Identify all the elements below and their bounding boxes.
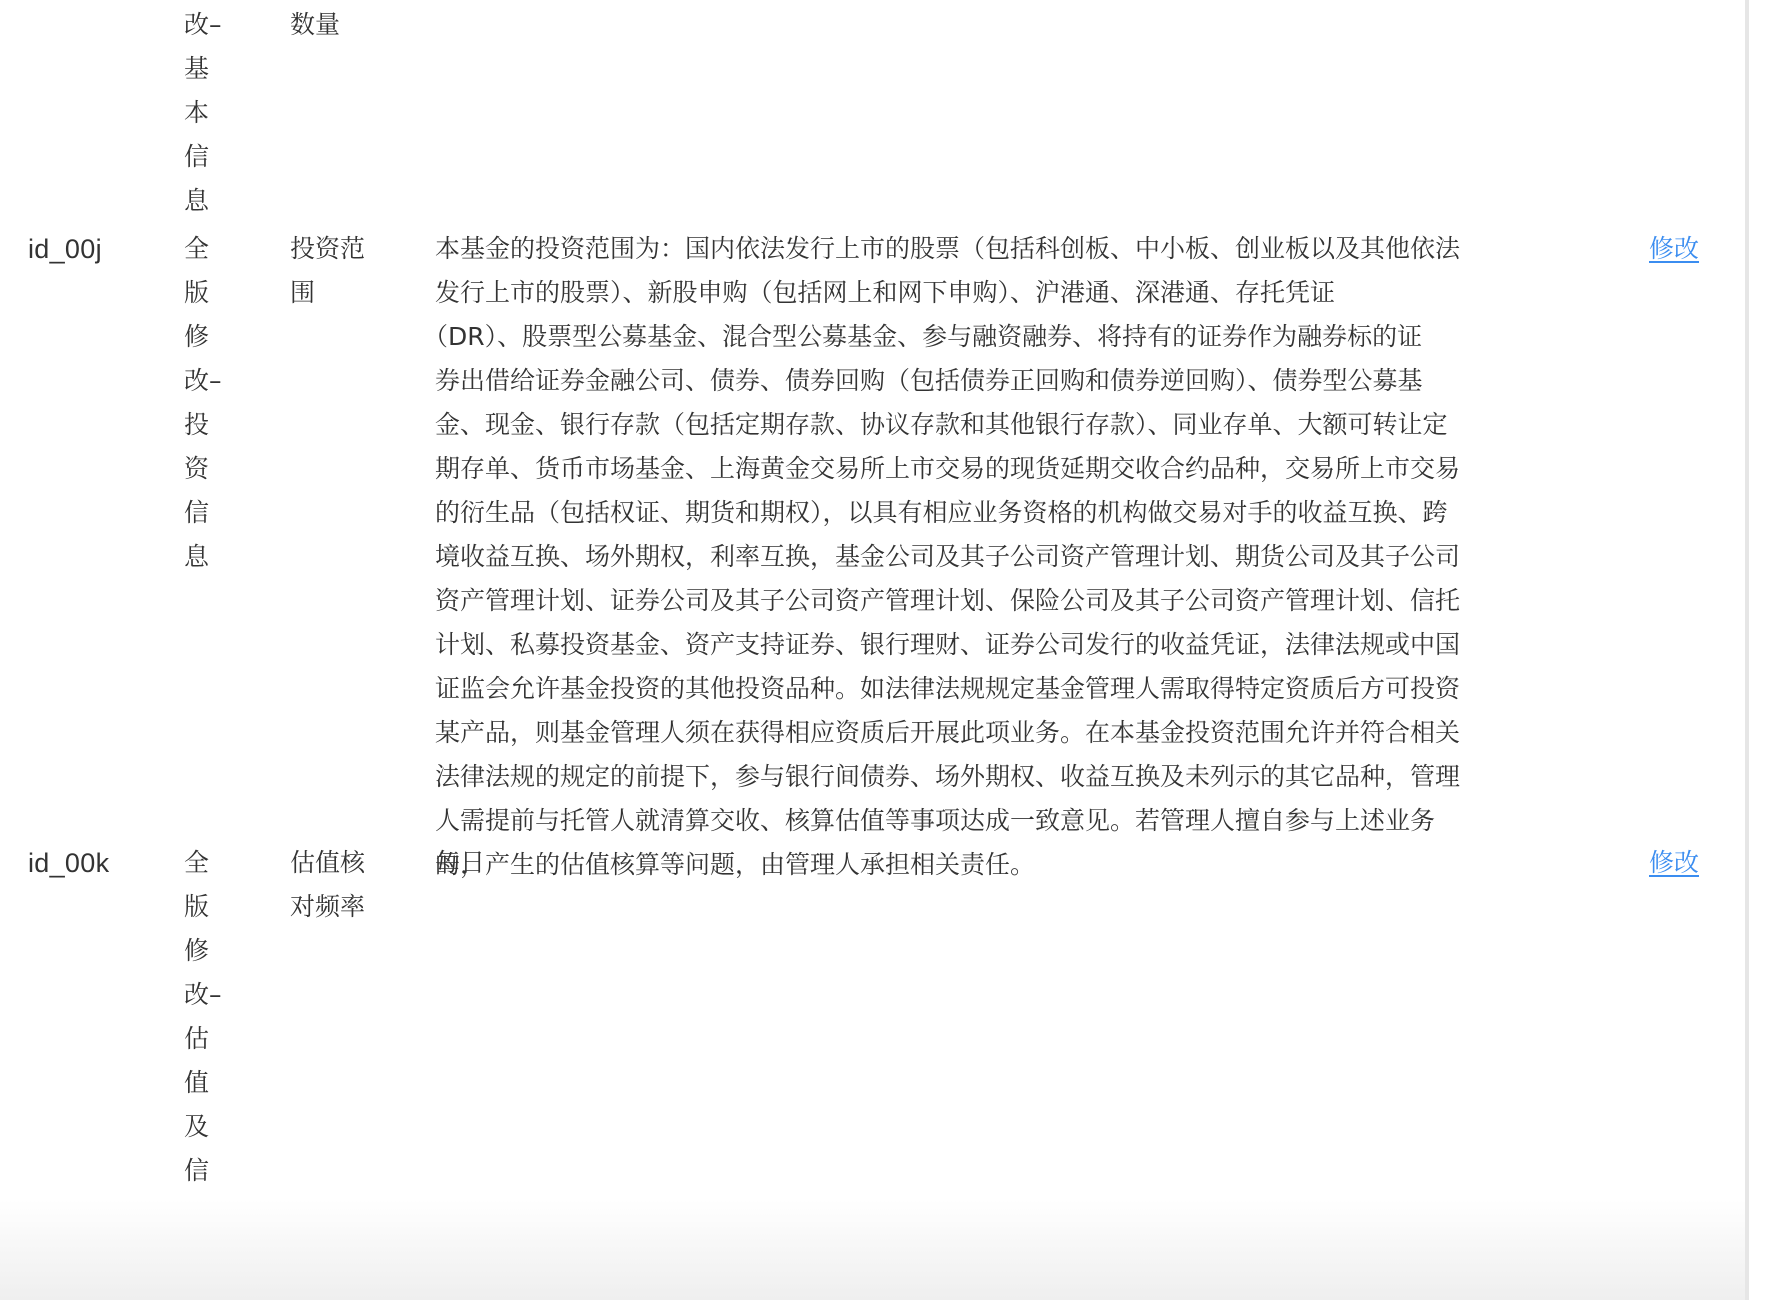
action-cell xyxy=(1627,3,1745,251)
category-label: 全 版 修 改– 投 资 信 息 xyxy=(184,227,228,579)
records-table-row-id-00k: id_00k 全 版 修 改– 估 值 及 信 估值核对频率 每日 xyxy=(0,841,1745,1221)
field-value-cell xyxy=(405,3,1627,251)
records-table-row-id-00j: id_00j 全 版 修 改– 投 资 信 息 投资范围 本基金的 xyxy=(0,227,1745,915)
record-id-cell xyxy=(0,3,156,251)
field-name: 数量 xyxy=(290,3,380,47)
field-name-cell: 数量 xyxy=(261,3,405,251)
record-id: id_00j xyxy=(28,234,102,264)
edit-link[interactable]: 修改 xyxy=(1649,234,1699,263)
field-name: 估值核对频率 xyxy=(290,841,380,929)
right-gutter xyxy=(1749,0,1766,1300)
record-id-cell: id_00j xyxy=(0,227,156,915)
action-cell: 修改 xyxy=(1627,227,1745,915)
table-row: id_00j 全 版 修 改– 投 资 信 息 投资范围 本基金的 xyxy=(0,227,1745,915)
edit-link[interactable]: 修改 xyxy=(1649,848,1699,877)
field-name-cell: 投资范围 xyxy=(261,227,405,915)
field-name: 投资范围 xyxy=(290,227,380,315)
records-page: 改– 基 本 信 息 数量 id_00j 全 xyxy=(0,0,1745,1300)
category-cell: 改– 基 本 信 息 xyxy=(156,3,261,251)
field-value: 本基金的投资范围为：国内依法发行上市的股票（包括科创板、中小板、创业板以及其他依… xyxy=(435,227,1591,887)
record-id-cell: id_00k xyxy=(0,841,156,1221)
field-name-cell: 估值核对频率 xyxy=(261,841,405,1221)
action-cell: 修改 xyxy=(1627,841,1745,1221)
field-value-cell: 本基金的投资范围为：国内依法发行上市的股票（包括科创板、中小板、创业板以及其他依… xyxy=(405,227,1627,915)
table-row: id_00k 全 版 修 改– 估 值 及 信 估值核对频率 每日 xyxy=(0,841,1745,1221)
category-label: 全 版 修 改– 估 值 及 信 xyxy=(184,841,228,1193)
field-value-cell: 每日 xyxy=(405,841,1627,1221)
category-cell: 全 版 修 改– 投 资 信 息 xyxy=(156,227,261,915)
category-label: 改– 基 本 信 息 xyxy=(184,3,228,223)
table-row: 改– 基 本 信 息 数量 xyxy=(0,3,1745,251)
field-value: 每日 xyxy=(435,841,1591,885)
records-table-partial-top: 改– 基 本 信 息 数量 xyxy=(0,3,1745,251)
category-cell: 全 版 修 改– 估 值 及 信 xyxy=(156,841,261,1221)
record-id: id_00k xyxy=(28,848,109,878)
